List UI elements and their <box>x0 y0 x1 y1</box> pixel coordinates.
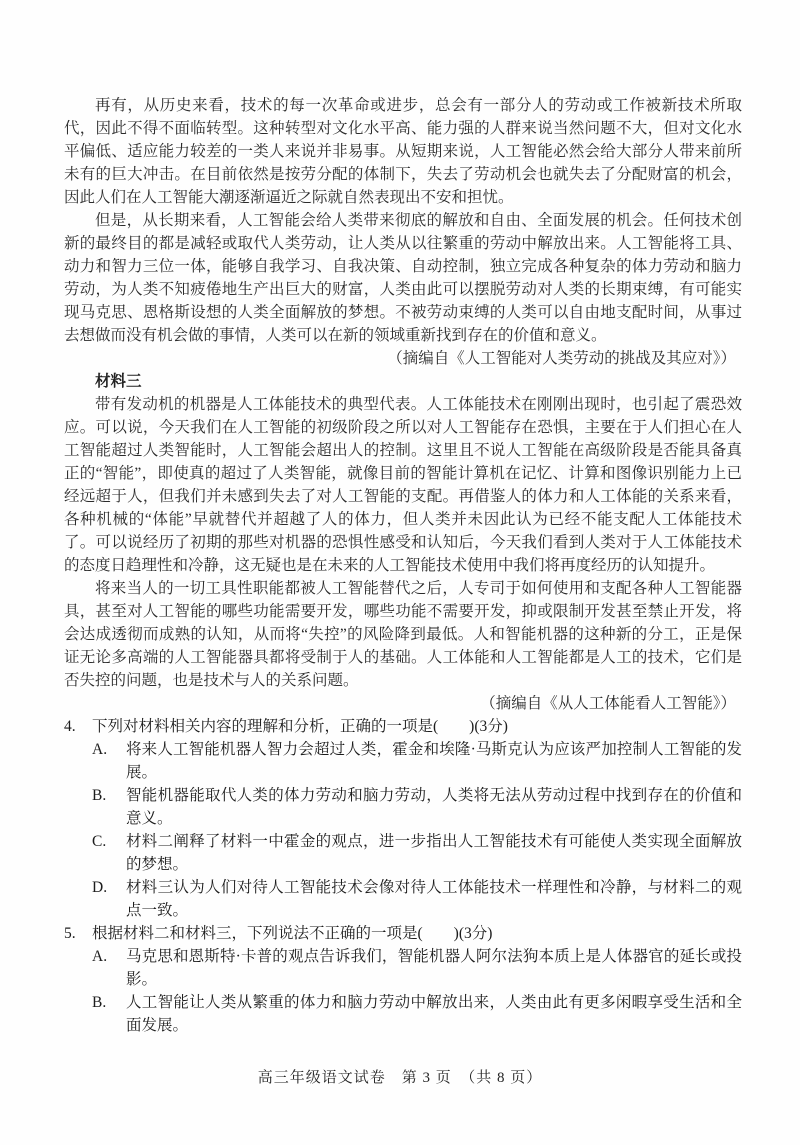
question-4-body: 下列对材料相关内容的理解和分析，正确的一项是( )(3分) A. 将来人工智能机… <box>92 715 742 922</box>
passage-paragraph-4: 将来当人的一切工具性职能都被人工智能替代之后，人专司于如何使用和支配各种人工智能… <box>64 577 742 692</box>
option-label: B. <box>92 784 126 830</box>
source-attribution-material-3: （摘编自《从人工体能看人工智能》） <box>64 692 742 715</box>
question-5: 5. 根据材料二和材料三，下列说法不正确的一项是( )(3分) A. 马克思和恩… <box>64 922 742 1037</box>
source-attribution-material-2: （摘编自《人工智能对人类劳动的挑战及其应对》） <box>64 347 742 370</box>
option-text: 材料二阐释了材料一中霍金的观点，进一步指出人工智能技术有可能使人类实现全面解放的… <box>126 830 742 876</box>
option-label: B. <box>92 991 126 1037</box>
question-4-option-b: B. 智能机器能取代人类的体力劳动和脑力劳动，人类将无法从劳动过程中找到存在的价… <box>92 784 742 830</box>
option-text: 材料三认为人们对待人工智能技术会像对待人工体能技术一样理性和冷静，与材料二的观点… <box>126 876 742 922</box>
question-5-stem: 根据材料二和材料三，下列说法不正确的一项是( )(3分) <box>92 922 742 945</box>
page-footer: 高三年级语文试卷 第 3 页 （共 8 页） <box>0 1066 800 1087</box>
question-4-option-c: C. 材料二阐释了材料一中霍金的观点，进一步指出人工智能技术有可能使人类实现全面… <box>92 830 742 876</box>
passage-paragraph-3: 带有发动机的机器是人工体能技术的典型代表。人工体能技术在刚刚出现时，也引起了震恐… <box>64 393 742 577</box>
option-label: C. <box>92 830 126 876</box>
option-label: A. <box>92 738 126 784</box>
question-4-stem: 下列对材料相关内容的理解和分析，正确的一项是( )(3分) <box>92 715 742 738</box>
exam-page: 再有，从历史来看，技术的每一次革命或进步，总会有一部分人的劳动或工作被新技术所取… <box>0 0 800 1145</box>
question-5-number: 5. <box>64 922 92 1037</box>
option-text: 马克思和恩斯特·卡普的观点告诉我们，智能机器人阿尔法狗本质上是人体器官的延长或投… <box>126 945 742 991</box>
question-4-number: 4. <box>64 715 92 922</box>
question-5-option-b: B. 人工智能让人类从繁重的体力和脑力劳动中解放出来，人类由此有更多闲暇享受生活… <box>92 991 742 1037</box>
material-3-heading: 材料三 <box>64 370 742 393</box>
question-4: 4. 下列对材料相关内容的理解和分析，正确的一项是( )(3分) A. 将来人工… <box>64 715 742 922</box>
question-4-option-d: D. 材料三认为人们对待人工智能技术会像对待人工体能技术一样理性和冷静，与材料二… <box>92 876 742 922</box>
option-label: D. <box>92 876 126 922</box>
question-4-option-a: A. 将来人工智能机器人智力会超过人类，霍金和埃隆·马斯克认为应该严加控制人工智… <box>92 738 742 784</box>
question-5-body: 根据材料二和材料三，下列说法不正确的一项是( )(3分) A. 马克思和恩斯特·… <box>92 922 742 1037</box>
passage-paragraph-1: 再有，从历史来看，技术的每一次革命或进步，总会有一部分人的劳动或工作被新技术所取… <box>64 94 742 209</box>
passage-paragraph-2: 但是，从长期来看，人工智能会给人类带来彻底的解放和自由、全面发展的机会。任何技术… <box>64 209 742 347</box>
exam-content: 再有，从历史来看，技术的每一次革命或进步，总会有一部分人的劳动或工作被新技术所取… <box>64 94 742 1037</box>
question-5-option-a: A. 马克思和恩斯特·卡普的观点告诉我们，智能机器人阿尔法狗本质上是人体器官的延… <box>92 945 742 991</box>
option-label: A. <box>92 945 126 991</box>
option-text: 人工智能让人类从繁重的体力和脑力劳动中解放出来，人类由此有更多闲暇享受生活和全面… <box>126 991 742 1037</box>
option-text: 智能机器能取代人类的体力劳动和脑力劳动，人类将无法从劳动过程中找到存在的价值和意… <box>126 784 742 830</box>
option-text: 将来人工智能机器人智力会超过人类，霍金和埃隆·马斯克认为应该严加控制人工智能的发… <box>126 738 742 784</box>
